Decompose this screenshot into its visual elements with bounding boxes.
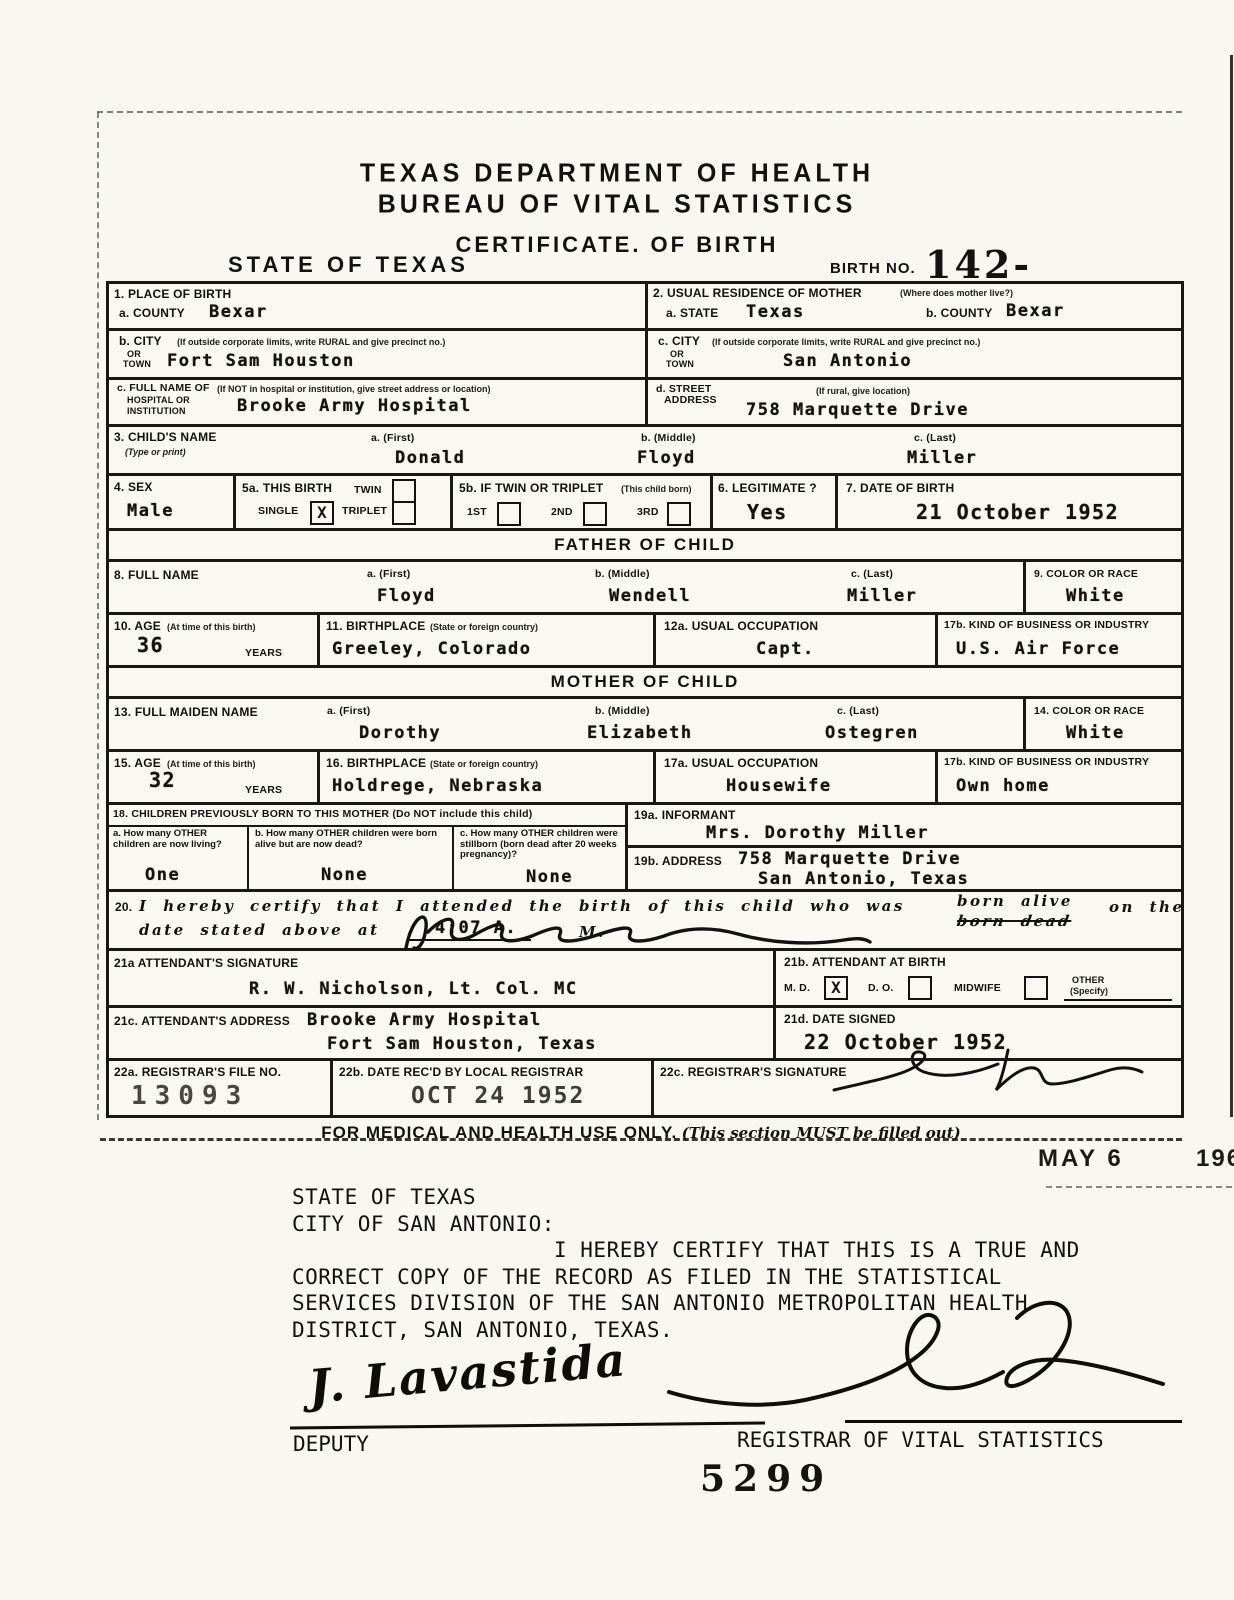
other-label: OTHER: [1072, 975, 1105, 985]
mother-occupation-label: 17a. USUAL OCCUPATION: [664, 756, 818, 770]
cert-line-2: CITY OF SAN ANTONIO:: [292, 1211, 1112, 1238]
father-age-value: 36: [137, 633, 164, 657]
field-mother-age: 15. AGE (At time of this birth) 32 YEARS: [109, 752, 317, 802]
mother-birthplace-label: 16. BIRTHPLACE: [326, 756, 426, 770]
second-born-label: 2ND: [551, 506, 573, 518]
row-childs-name: 3. CHILD'S NAME (Type or print) a. (Firs…: [109, 427, 1181, 476]
residence-state-value: Texas: [746, 302, 805, 322]
child-middle-value: Floyd: [637, 448, 696, 468]
certificate-form: 1. PLACE OF BIRTH a. COUNTY Bexar b. CIT…: [106, 281, 1184, 1118]
hospital-label-1: c. FULL NAME OF: [117, 382, 210, 394]
mother-section-title: MOTHER OF CHILD: [109, 668, 1181, 696]
father-name-label: 8. FULL NAME: [114, 568, 199, 582]
medical-use-rule: FOR MEDICAL AND HEALTH USE ONLY. (This s…: [100, 1118, 1182, 1141]
mother-middle-value: Elizabeth: [587, 723, 693, 743]
father-race-value: White: [1066, 586, 1125, 606]
birth-no-label: BIRTH NO.: [830, 260, 916, 277]
field-attendant-address: 21c. ATTENDANT'S ADDRESS Brooke Army Hos…: [109, 1008, 773, 1058]
field-legitimate: 6. LEGITIMATE ? Yes: [710, 476, 835, 528]
registrar-signature-line: [845, 1420, 1182, 1423]
county-label: a. COUNTY: [119, 306, 185, 320]
city-label: b. CITY: [119, 334, 162, 348]
deputy-signature-handwriting: J. Lavastida: [306, 1332, 629, 1414]
single-checkbox: X: [310, 501, 334, 525]
field-father-birthplace: 11. BIRTHPLACE (State or foreign country…: [317, 615, 653, 665]
other-note: (Specify): [1070, 986, 1108, 996]
mother-occupation-value: Housewife: [726, 776, 832, 796]
mother-industry-label: 17b. KIND OF BUSINESS OR INDUSTRY: [944, 756, 1149, 768]
mother-middle-label: b. (Middle): [595, 705, 650, 717]
child-last-label: c. (Last): [914, 432, 956, 444]
received-year-stamp: 196: [1196, 1145, 1234, 1173]
father-birthplace-label: 11. BIRTHPLACE: [326, 619, 426, 633]
prev-dead-label: b. How many OTHER children were born ali…: [255, 829, 445, 850]
first-born-checkbox: [497, 502, 521, 526]
father-first-value: Floyd: [377, 586, 436, 606]
mother-birthplace-note: (State or foreign country): [430, 759, 538, 769]
father-birthplace-note: (State or foreign country): [430, 622, 538, 632]
header-bureau: BUREAU OF VITAL STATISTICS: [0, 188, 1234, 220]
cert-line-3: I HEREBY CERTIFY THAT THIS IS A TRUE AND: [292, 1237, 1112, 1264]
father-years-label: YEARS: [245, 647, 282, 659]
hospital-value: Brooke Army Hospital: [237, 396, 472, 416]
father-birthplace-value: Greeley, Colorado: [332, 639, 532, 659]
mother-first-value: Dorothy: [359, 723, 441, 743]
field-father-race: 9. COLOR OR RACE White: [1023, 562, 1181, 612]
field-street-address: d. STREET ADDRESS (If rural, give locati…: [648, 380, 1181, 424]
field-father-name: 8. FULL NAME a. (First) Floyd b. (Middle…: [109, 562, 1023, 612]
registrar-sig-label: 22c. REGISTRAR'S SIGNATURE: [660, 1065, 847, 1079]
born-dead-struck-text: born dead: [955, 912, 1072, 930]
sex-label: 4. SEX: [114, 480, 153, 494]
father-middle-label: b. (Middle): [595, 568, 650, 580]
top-dashed-border: [97, 111, 1182, 113]
triplet-checkbox: [392, 501, 416, 525]
field-father-occupation: 12a. USUAL OCCUPATION Capt.: [653, 615, 935, 665]
mother-race-value: White: [1066, 723, 1125, 743]
field-mother-birthplace: 16. BIRTHPLACE (State or foreign country…: [317, 752, 653, 802]
informant-address-line1: 758 Marquette Drive: [738, 849, 961, 869]
place-title: 1. PLACE OF BIRTH: [114, 287, 231, 301]
dob-value: 21 October 1952: [916, 500, 1119, 524]
street-note: (If rural, give location): [816, 386, 910, 396]
legitimate-value: Yes: [747, 500, 788, 524]
child-last-value: Miller: [907, 448, 977, 468]
legitimate-label: 6. LEGITIMATE ?: [718, 481, 817, 495]
father-occupation-value: Capt.: [756, 639, 815, 659]
third-born-checkbox: [667, 502, 691, 526]
father-section-title: FATHER OF CHILD: [109, 531, 1181, 559]
mother-industry-value: Own home: [956, 776, 1050, 796]
county-value: Bexar: [209, 302, 268, 322]
this-birth-label: 5a. THIS BIRTH: [242, 481, 332, 495]
field-father-industry: 17b. KIND OF BUSINESS OR INDUSTRY U.S. A…: [935, 615, 1181, 665]
document-header: TEXAS DEPARTMENT OF HEALTH BUREAU OF VIT…: [0, 158, 1234, 258]
registrar-of-vital-statistics-signature: [655, 1292, 1185, 1432]
child-middle-label: b. (Middle): [641, 432, 696, 444]
birth-certificate-document: TEXAS DEPARTMENT OF HEALTH BUREAU OF VIT…: [0, 0, 1234, 1600]
father-middle-value: Wendell: [609, 586, 691, 606]
date-signed-label: 21d. DATE SIGNED: [784, 1012, 896, 1026]
father-age-label: 10. AGE: [114, 619, 161, 633]
child-name-title: 3. CHILD'S NAME: [114, 430, 217, 444]
twin-triplet-label: 5b. IF TWIN OR TRIPLET: [459, 481, 603, 495]
state-of-texas-label: STATE OF TEXAS: [228, 252, 469, 278]
residence-town-label: TOWN: [666, 359, 694, 369]
mother-race-label: 14. COLOR OR RACE: [1034, 705, 1144, 717]
mother-birthplace-value: Holdrege, Nebraska: [332, 776, 543, 796]
row-mother-name: 13. FULL MAIDEN NAME a. (First) Dorothy …: [109, 699, 1181, 752]
cert-line-1: STATE OF TEXAS: [292, 1184, 1112, 1211]
sex-value: Male: [127, 501, 174, 521]
state-birthno-line: STATE OF TEXAS BIRTH NO. 142-: [0, 250, 1234, 284]
prev-stillborn-label: c. How many OTHER children were stillbor…: [460, 829, 618, 861]
father-last-value: Miller: [847, 586, 917, 606]
do-checkbox: [908, 976, 932, 1000]
residence-city-label: c. CITY: [658, 334, 700, 348]
mother-years-label: YEARS: [245, 784, 282, 796]
field-childs-name: 3. CHILD'S NAME (Type or print) a. (Firs…: [109, 427, 1181, 473]
date-received-label: 22b. DATE REC'D BY LOCAL REGISTRAR: [339, 1065, 583, 1079]
father-last-label: c. (Last): [851, 568, 893, 580]
certify-text-2: on the: [1109, 898, 1185, 916]
residence-city-value: San Antonio: [783, 351, 912, 371]
town-label: TOWN: [123, 359, 151, 369]
md-checkbox: X: [824, 976, 848, 1000]
field-mother-race: 14. COLOR OR RACE White: [1023, 699, 1181, 749]
street-value: 758 Marquette Drive: [746, 400, 969, 420]
date-received-value: OCT 24 1952: [411, 1083, 585, 1109]
midwife-label: MIDWIFE: [954, 982, 1001, 994]
field-mother-occupation: 17a. USUAL OCCUPATION Housewife: [653, 752, 935, 802]
field-father-age: 10. AGE (At time of this birth) 36 YEARS: [109, 615, 317, 665]
single-label: SINGLE: [258, 505, 298, 517]
mother-age-value: 32: [149, 768, 176, 792]
residence-or-label: OR: [670, 349, 684, 359]
registrar-signature-handwriting: [828, 1032, 1148, 1104]
father-industry-label: 17b. KIND OF BUSINESS OR INDUSTRY: [944, 619, 1149, 631]
hospital-note: (If NOT in hospital or institution, give…: [217, 384, 491, 394]
prev-children-title: 18. CHILDREN PREVIOUSLY BORN TO THIS MOT…: [113, 808, 532, 820]
row-place-residence: 1. PLACE OF BIRTH a. COUNTY Bexar b. CIT…: [109, 284, 1181, 427]
residence-city-note: (If outside corporate limits, write RURA…: [712, 337, 980, 347]
residence-title-note: (Where does mother live?): [900, 288, 1013, 298]
field-county: 1. PLACE OF BIRTH a. COUNTY Bexar: [109, 284, 645, 331]
attendant-address-line1: Brooke Army Hospital: [307, 1010, 542, 1030]
field-city-or-town: b. CITY (If outside corporate limits, wr…: [109, 331, 645, 380]
attendant-signature-handwriting: [398, 898, 878, 960]
cert-line-4: CORRECT COPY OF THE RECORD AS FILED IN T…: [292, 1264, 1112, 1291]
row-prev-children-informant: 18. CHILDREN PREVIOUSLY BORN TO THIS MOT…: [109, 805, 1181, 892]
row-father-name: 8. FULL NAME a. (First) Floyd b. (Middle…: [109, 562, 1181, 615]
field-usual-residence: 2. USUAL RESIDENCE OF MOTHER (Where does…: [645, 284, 1181, 424]
row-father-details: 10. AGE (At time of this birth) 36 YEARS…: [109, 615, 1181, 668]
row-mother-band: MOTHER OF CHILD: [109, 668, 1181, 699]
other-specify-line: [1064, 999, 1172, 1001]
field-place-of-birth: 1. PLACE OF BIRTH a. COUNTY Bexar b. CIT…: [109, 284, 645, 424]
medical-use-text: FOR MEDICAL AND HEALTH USE ONLY.: [321, 1123, 677, 1142]
informant-address-line2: San Antonio, Texas: [758, 869, 969, 889]
medical-use-note: (This section MUST be filled out): [682, 1124, 961, 1142]
prev-dead-value: None: [321, 865, 368, 885]
residence-county-value: Bexar: [1006, 301, 1065, 321]
hospital-label-2: HOSPITAL OR: [127, 395, 190, 405]
child-first-label: a. (First): [371, 432, 414, 444]
attendant-typed-name: R. W. Nicholson, Lt. Col. MC: [249, 979, 578, 999]
city-note: (If outside corporate limits, write RURA…: [177, 337, 445, 347]
street-label-2: ADDRESS: [664, 394, 717, 406]
field-twin-or-triplet: 5b. IF TWIN OR TRIPLET (This child born)…: [450, 476, 710, 528]
attendant-address-line2: Fort Sam Houston, Texas: [327, 1034, 597, 1054]
born-alive-text: born alive: [957, 892, 1073, 910]
row-father-band: FATHER OF CHILD: [109, 531, 1181, 562]
residence-title: 2. USUAL RESIDENCE OF MOTHER: [653, 286, 862, 300]
registrar-file-label: 22a. REGISTRAR'S FILE NO.: [114, 1065, 281, 1079]
second-born-checkbox: [583, 502, 607, 526]
mother-age-note: (At time of this birth): [167, 759, 256, 769]
do-label: D. O.: [868, 982, 894, 994]
attendant-address-label: 21c. ATTENDANT'S ADDRESS: [114, 1014, 290, 1028]
city-value: Fort Sam Houston: [167, 351, 355, 371]
received-date-stamp: MAY 6: [1038, 1145, 1124, 1173]
field-date-of-birth: 7. DATE OF BIRTH 21 October 1952: [835, 476, 1181, 528]
residence-county-label: b. COUNTY: [926, 306, 992, 320]
field-mother-industry: 17b. KIND OF BUSINESS OR INDUSTRY Own ho…: [935, 752, 1181, 802]
informant-address-label: 19b. ADDRESS: [634, 854, 722, 868]
mother-name-label: 13. FULL MAIDEN NAME: [114, 705, 258, 719]
registrar-file-value: 13093: [131, 1081, 249, 1111]
father-race-label: 9. COLOR OR RACE: [1034, 568, 1138, 580]
triplet-label: TRIPLET: [342, 505, 387, 517]
residence-state-label: a. STATE: [666, 306, 719, 320]
certify-number: 20.: [115, 900, 132, 914]
or-label: OR: [127, 349, 141, 359]
child-name-note: (Type or print): [125, 447, 186, 457]
dob-label: 7. DATE OF BIRTH: [846, 481, 954, 495]
father-first-label: a. (First): [367, 568, 410, 580]
header-department: TEXAS DEPARTMENT OF HEALTH: [0, 157, 1234, 189]
field-hospital: c. FULL NAME OF (If NOT in hospital or i…: [109, 380, 645, 424]
mother-last-value: Ostegren: [825, 723, 919, 743]
field-this-birth: 5a. THIS BIRTH TWIN SINGLE X TRIPLET: [233, 476, 450, 528]
certify-text-3: date stated above at: [139, 921, 380, 939]
father-occupation-label: 12a. USUAL OCCUPATION: [664, 619, 818, 633]
first-born-label: 1ST: [467, 506, 487, 518]
field-residence-city: c. CITY (If outside corporate limits, wr…: [648, 331, 1181, 380]
deputy-label: DEPUTY: [293, 1432, 369, 1456]
prev-stillborn-value: None: [526, 867, 573, 887]
informant-name: Mrs. Dorothy Miller: [706, 823, 929, 843]
father-age-note: (At time of this birth): [167, 622, 256, 632]
prev-living-value: One: [145, 865, 180, 885]
control-number: 5299: [700, 1458, 832, 1500]
field-sex: 4. SEX Male: [109, 476, 233, 528]
midwife-checkbox: [1024, 976, 1048, 1000]
row-birth-details: 4. SEX Male 5a. THIS BIRTH TWIN SINGLE X…: [109, 476, 1181, 531]
hospital-label-3: INSTITUTION: [127, 406, 186, 416]
md-label: M. D.: [784, 982, 810, 994]
field-mother-name: 13. FULL MAIDEN NAME a. (First) Dorothy …: [109, 699, 1023, 749]
field-registrar-file-no: 22a. REGISTRAR'S FILE NO. 13093: [109, 1061, 330, 1115]
attendant-sig-label: 21a ATTENDANT'S SIGNATURE: [114, 956, 298, 970]
informant-label: 19a. INFORMANT: [634, 808, 735, 822]
twin-label: TWIN: [354, 484, 382, 496]
row-mother-details: 15. AGE (At time of this birth) 32 YEARS…: [109, 752, 1181, 805]
field-children-previously-born: 18. CHILDREN PREVIOUSLY BORN TO THIS MOT…: [109, 805, 625, 889]
field-informant: 19a. INFORMANT Mrs. Dorothy Miller 19b. …: [625, 805, 1181, 889]
twin-triplet-note: (This child born): [621, 484, 692, 494]
twin-checkbox: [392, 479, 416, 503]
father-industry-value: U.S. Air Force: [956, 639, 1120, 659]
mother-first-label: a. (First): [327, 705, 370, 717]
field-residence-state-county: 2. USUAL RESIDENCE OF MOTHER (Where does…: [648, 284, 1181, 331]
child-first-value: Donald: [395, 448, 465, 468]
mother-last-label: c. (Last): [837, 705, 879, 717]
field-date-received: 22b. DATE REC'D BY LOCAL REGISTRAR OCT 2…: [330, 1061, 651, 1115]
registrar-of-vital-statistics-label: REGISTRAR OF VITAL STATISTICS: [737, 1428, 1104, 1452]
prev-living-label: a. How many OTHER children are now livin…: [113, 829, 241, 850]
third-born-label: 3RD: [637, 506, 659, 518]
